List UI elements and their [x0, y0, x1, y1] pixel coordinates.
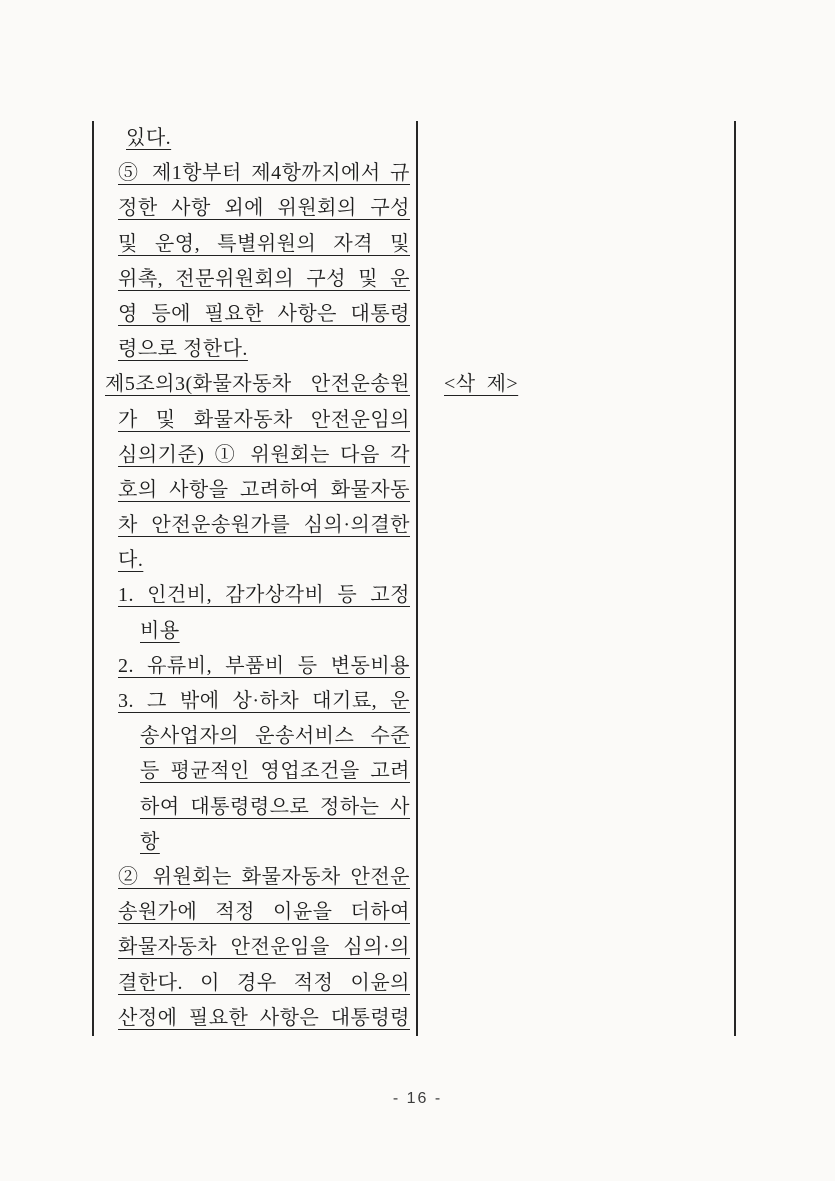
text-line: 항	[94, 825, 414, 860]
text-line: 결한다. 이 경우 적정 이윤의	[94, 966, 414, 1001]
text-line: 송원가에 적정 이윤을 더하여	[94, 895, 414, 930]
text-line: 심의기준) ① 위원회는 다음 각	[94, 438, 414, 473]
left-column-current-text: 있다.⑤ 제1항부터 제4항까지에서 규정한 사항 외에 위원회의 구성및 운영…	[94, 121, 414, 1036]
document-page: 있다.⑤ 제1항부터 제4항까지에서 규정한 사항 외에 위원회의 구성및 운영…	[0, 0, 835, 1181]
text-line: 비용	[94, 614, 414, 649]
text-line: 및 운영, 특별위원의 자격 및	[94, 227, 414, 262]
right-column-amendment: <삭 제>	[418, 121, 732, 402]
text-line: 영 등에 필요한 사항은 대통령	[94, 297, 414, 332]
text-line: 있다.	[94, 121, 414, 156]
page-number: - 16 -	[0, 1090, 835, 1108]
text-line: 3. 그 밖에 상·하차 대기료, 운	[94, 684, 414, 719]
text-line: 가 및 화물자동차 안전운임의	[94, 403, 414, 438]
text-line: 등 평균적인 영업조건을 고려	[94, 754, 414, 789]
text-line: 차 안전운송원가를 심의·의결한	[94, 508, 414, 543]
text-line: 다.	[94, 543, 414, 578]
text-line: 호의 사항을 고려하여 화물자동	[94, 473, 414, 508]
text-line: 산정에 필요한 사항은 대통령령	[94, 1001, 414, 1036]
text-line: 송사업자의 운송서비스 수준	[94, 719, 414, 754]
text-line: 령으로 정한다.	[94, 332, 414, 367]
text-line: ② 위원회는 화물자동차 안전운	[94, 860, 414, 895]
deleted-marker-label: <삭 제>	[444, 373, 518, 395]
text-line: 1. 인건비, 감가상각비 등 고정	[94, 578, 414, 613]
text-line: 정한 사항 외에 위원회의 구성	[94, 191, 414, 226]
text-line: 2. 유류비, 부품비 등 변동비용	[94, 649, 414, 684]
text-line: 제5조의3(화물자동차 안전운송원	[94, 367, 414, 402]
text-line: 위촉, 전문위원회의 구성 및 운	[94, 262, 414, 297]
text-line: 하여 대통령령으로 정하는 사	[94, 790, 414, 825]
deleted-marker: <삭 제>	[418, 367, 732, 402]
table-border-right	[734, 121, 736, 1036]
text-line: 화물자동차 안전운임을 심의·의	[94, 930, 414, 965]
text-line: ⑤ 제1항부터 제4항까지에서 규	[94, 156, 414, 191]
